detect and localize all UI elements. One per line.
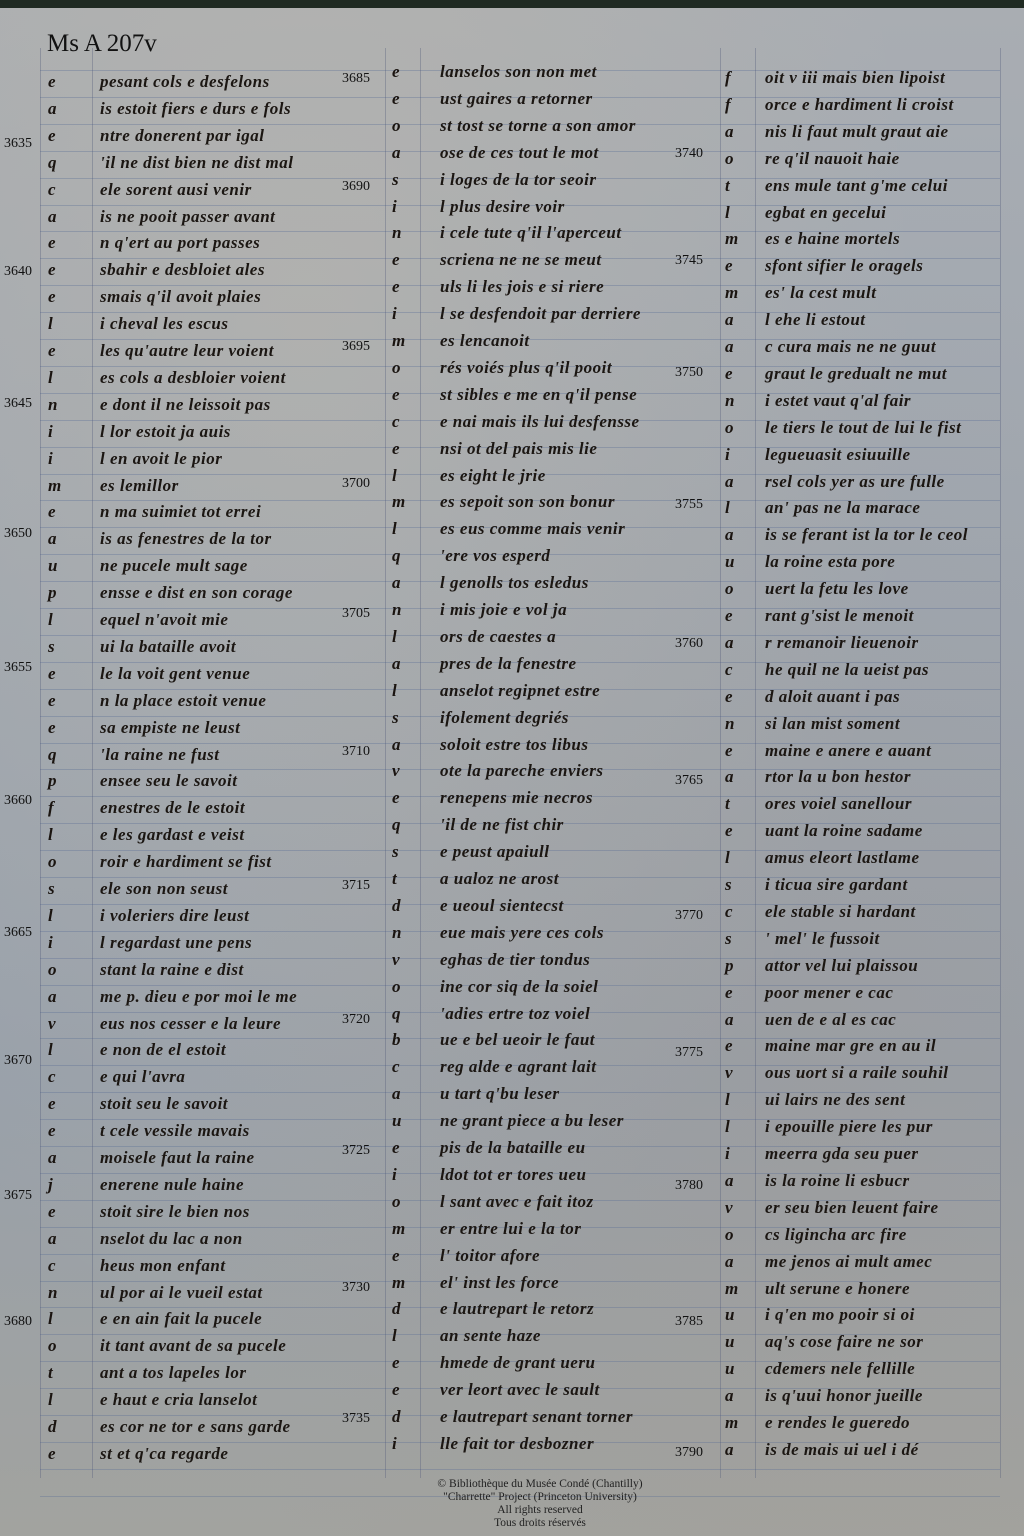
verse-line: soloit estre tos libus <box>440 735 588 755</box>
line-number: 3730 <box>342 1280 370 1296</box>
verse-initial: e <box>48 1094 56 1114</box>
verse-line: l lor estoit ja auis <box>100 422 231 442</box>
verse-initial: l <box>392 1326 397 1346</box>
verse-initial: o <box>392 1192 401 1212</box>
verse-line: is as fenestres de la tor <box>100 529 272 549</box>
verse-line: si lan mist soment <box>765 714 900 734</box>
ruling-line <box>40 1469 1000 1470</box>
verse-initial: p <box>48 583 57 603</box>
verse-line: es eight le jrie <box>440 466 546 486</box>
verse-line: e nai mais ils lui desfensse <box>440 412 640 432</box>
verse-line: e non de el estoit <box>100 1040 226 1060</box>
verse-initial: a <box>48 529 57 549</box>
verse-initial: c <box>725 660 733 680</box>
verse-initial: e <box>725 364 733 384</box>
verse-initial: l <box>392 466 397 486</box>
verse-initial: l <box>725 203 730 223</box>
line-number: 3700 <box>342 476 370 492</box>
line-number: 3665 <box>4 925 32 941</box>
verse-line: ant a tos lapeles lor <box>100 1363 247 1383</box>
verse-initial: m <box>392 492 405 512</box>
line-number: 3660 <box>4 793 32 809</box>
verse-line: uls li les jois e si riere <box>440 277 604 297</box>
verse-initial: a <box>725 1386 734 1406</box>
verse-line: e les gardast e veist <box>100 825 245 845</box>
verse-line: i loges de la tor seoir <box>440 170 596 190</box>
verse-line: uert la fetu les love <box>765 579 909 599</box>
verse-line: heus mon enfant <box>100 1256 226 1276</box>
verse-line: ine cor siq de la soiel <box>440 977 598 997</box>
verse-initial: a <box>725 633 734 653</box>
verse-line: i estet vaut q'al fair <box>765 391 911 411</box>
verse-initial: e <box>392 1138 400 1158</box>
verse-initial: a <box>725 122 734 142</box>
verse-initial: f <box>725 68 731 88</box>
verse-line: nsi ot del pais mis lie <box>440 439 597 459</box>
verse-initial: n <box>48 395 57 415</box>
verse-line: es sepoit son son bonur <box>440 492 615 512</box>
verse-initial: b <box>392 1030 401 1050</box>
verse-line: 'il ne dist bien ne dist mal <box>100 153 293 173</box>
verse-line: roir e hardiment se fist <box>100 852 272 872</box>
verse-line: ores voiel sanellour <box>765 794 912 814</box>
verse-initial: l <box>725 1090 730 1110</box>
verse-line: e haut e cria lanselot <box>100 1390 257 1410</box>
verse-line: lanselos son non met <box>440 62 597 82</box>
verse-line: e dont il ne leissoit pas <box>100 395 271 415</box>
verse-line: maine e anere e auant <box>765 741 931 761</box>
copyright-line: "Charrette" Project (Princeton Universit… <box>380 1491 700 1504</box>
verse-initial: e <box>48 233 56 253</box>
verse-line: moisele faut la raine <box>100 1148 255 1168</box>
verse-line: l' toitor afore <box>440 1246 540 1266</box>
verse-line: r remanoir lieuenoir <box>765 633 919 653</box>
folio-title: Ms A 207v <box>47 30 157 58</box>
verse-initial: e <box>48 1121 56 1141</box>
verse-initial: c <box>392 412 400 432</box>
verse-initial: m <box>392 1219 405 1239</box>
verse-line: renepens mie necros <box>440 788 593 808</box>
verse-line: t cele vessile mavais <box>100 1121 250 1141</box>
verse-initial: s <box>725 875 732 895</box>
verse-initial: e <box>725 983 733 1003</box>
verse-line: is se ferant ist la tor le ceol <box>765 525 968 545</box>
verse-line: n q'ert au port passes <box>100 233 260 253</box>
line-number: 3650 <box>4 526 32 542</box>
verse-line: es lemillor <box>100 476 179 496</box>
verse-line: st tost se torne a son amor <box>440 116 636 136</box>
verse-line: an sente haze <box>440 1326 541 1346</box>
verse-initial: e <box>392 385 400 405</box>
verse-initial: e <box>725 256 733 276</box>
verse-line: c cura mais ne ne guut <box>765 337 936 357</box>
verse-line: sbahir e desbloiet ales <box>100 260 265 280</box>
line-number: 3680 <box>4 1314 32 1330</box>
verse-initial: o <box>725 418 734 438</box>
verse-initial: s <box>392 708 399 728</box>
verse-initial: u <box>392 1111 401 1131</box>
verse-line: is ne pooit passer avant <box>100 207 275 227</box>
verse-line: l regardast une pens <box>100 933 252 953</box>
verse-line: i voleriers dire leust <box>100 906 249 926</box>
verse-line: me jenos ai mult amec <box>765 1252 932 1272</box>
verse-initial: n <box>392 600 401 620</box>
verse-initial: l <box>48 368 53 388</box>
verse-initial: v <box>725 1063 733 1083</box>
verse-line: an' pas ne la marace <box>765 498 920 518</box>
verse-initial: m <box>392 331 405 351</box>
verse-line: es e haine mortels <box>765 229 900 249</box>
verse-line: it tant avant de sa pucele <box>100 1336 286 1356</box>
verse-initial: m <box>725 1413 738 1433</box>
verse-line: is estoit fiers e durs e fols <box>100 99 291 119</box>
verse-line: cdemers nele fellille <box>765 1359 915 1379</box>
verse-initial: a <box>48 1148 57 1168</box>
verse-line: st sibles e me en q'il pense <box>440 385 637 405</box>
line-number: 3735 <box>342 1411 370 1427</box>
verse-line: ifolement degriés <box>440 708 569 728</box>
verse-line: orce e hardiment li croist <box>765 95 954 115</box>
verse-line: er entre lui e la tor <box>440 1219 581 1239</box>
verse-line: 'ere vos esperd <box>440 546 550 566</box>
verse-initial: e <box>392 62 400 82</box>
verse-line: ne pucele mult sage <box>100 556 248 576</box>
verse-line: uen de e al es cac <box>765 1010 896 1030</box>
verse-line: pres de la fenestre <box>440 654 577 674</box>
verse-initial: q <box>48 745 57 765</box>
verse-initial: i <box>48 422 53 442</box>
verse-line: ote la pareche enviers <box>440 761 604 781</box>
verse-line: a ualoz ne arost <box>440 869 559 889</box>
verse-line: re q'il nauoit haie <box>765 149 900 169</box>
verse-initial: s <box>48 879 55 899</box>
verse-initial: e <box>392 250 400 270</box>
verse-initial: l <box>48 825 53 845</box>
verse-initial: o <box>392 116 401 136</box>
verse-initial: e <box>48 691 56 711</box>
verse-initial: m <box>725 1279 738 1299</box>
verse-line: smais q'il avoit plaies <box>100 287 261 307</box>
verse-line: l en avoit le pior <box>100 449 222 469</box>
verse-initial: o <box>392 358 401 378</box>
verse-line: es cor ne tor e sans garde <box>100 1417 291 1437</box>
verse-line: rsel cols yer as ure fulle <box>765 472 945 492</box>
verse-initial: m <box>725 229 738 249</box>
verse-line: sa empiste ne leust <box>100 718 240 738</box>
verse-initial: d <box>48 1417 57 1437</box>
verse-line: l sant avec e fait itoz <box>440 1192 594 1212</box>
verse-initial: c <box>48 180 56 200</box>
verse-line: es lencanoit <box>440 331 530 351</box>
line-number: 3750 <box>675 365 703 381</box>
verse-initial: l <box>392 681 397 701</box>
verse-line: ' mel' le fussoit <box>765 929 880 949</box>
verse-initial: a <box>48 1229 57 1249</box>
verse-line: scriena ne ne se meut <box>440 250 602 270</box>
verse-initial: c <box>392 1057 400 1077</box>
verse-initial: o <box>48 852 57 872</box>
verse-initial: d <box>392 1299 401 1319</box>
verse-initial: e <box>48 287 56 307</box>
verse-line: ne grant piece a bu leser <box>440 1111 624 1131</box>
verse-line: attor vel lui plaissou <box>765 956 918 976</box>
verse-initial: o <box>725 149 734 169</box>
verse-initial: i <box>392 1434 397 1454</box>
line-number: 3720 <box>342 1012 370 1028</box>
verse-line: ous uort si a raile souhil <box>765 1063 949 1083</box>
verse-initial: a <box>392 735 401 755</box>
verse-initial: e <box>48 1444 56 1464</box>
verse-line: cs ligincha arc fire <box>765 1225 907 1245</box>
verse-initial: a <box>725 767 734 787</box>
verse-line: uant la roine sadame <box>765 821 923 841</box>
verse-line: n la place estoit venue <box>100 691 266 711</box>
verse-initial: a <box>725 1171 734 1191</box>
verse-initial: e <box>725 606 733 626</box>
verse-line: amus eleort lastlame <box>765 848 920 868</box>
verse-line: i q'en mo pooir si oi <box>765 1305 915 1325</box>
column-rule <box>755 48 756 1478</box>
verse-initial: v <box>48 1014 56 1034</box>
line-number: 3705 <box>342 606 370 622</box>
verse-initial: p <box>48 771 57 791</box>
verse-line: n ma suimiet tot errei <box>100 502 261 522</box>
line-number: 3755 <box>675 497 703 513</box>
verse-initial: e <box>725 821 733 841</box>
verse-line: e ueoul sientecst <box>440 896 564 916</box>
verse-initial: u <box>725 1332 734 1352</box>
verse-line: ens mule tant g'me celui <box>765 176 948 196</box>
verse-initial: d <box>392 896 401 916</box>
verse-line: enestres de le estoit <box>100 798 245 818</box>
verse-initial: e <box>392 89 400 109</box>
verse-initial: e <box>48 718 56 738</box>
column-rule <box>92 48 93 1478</box>
verse-line: e lautrepart senant torner <box>440 1407 633 1427</box>
verse-initial: e <box>392 277 400 297</box>
verse-initial: a <box>725 525 734 545</box>
verse-initial: a <box>725 1440 734 1460</box>
verse-line: i ticua sire gardant <box>765 875 908 895</box>
verse-line: d aloit auant i pas <box>765 687 900 707</box>
verse-line: i mis joie e vol ja <box>440 600 567 620</box>
verse-line: sfont sifier le oragels <box>765 256 923 276</box>
verse-line: i epouille piere les pur <box>765 1117 933 1137</box>
verse-initial: e <box>392 439 400 459</box>
verse-initial: l <box>48 1390 53 1410</box>
verse-line: le tiers le tout de lui le fist <box>765 418 961 438</box>
verse-initial: i <box>392 197 397 217</box>
verse-initial: q <box>392 815 401 835</box>
verse-line: ust gaires a retorner <box>440 89 593 109</box>
line-number: 3765 <box>675 773 703 789</box>
verse-initial: i <box>725 1144 730 1164</box>
verse-initial: s <box>725 929 732 949</box>
verse-initial: t <box>48 1363 53 1383</box>
line-number: 3635 <box>4 136 32 152</box>
verse-line: i cele tute q'il l'aperceut <box>440 223 622 243</box>
verse-line: e en ain fait la pucele <box>100 1309 262 1329</box>
verse-initial: e <box>725 1036 733 1056</box>
verse-line: st et q'ca regarde <box>100 1444 228 1464</box>
verse-line: is la roine li esbucr <box>765 1171 910 1191</box>
verse-initial: u <box>725 552 734 572</box>
verse-initial: a <box>725 310 734 330</box>
line-number: 3710 <box>342 744 370 760</box>
verse-line: stoit sire le bien nos <box>100 1202 250 1222</box>
verse-initial: n <box>48 1283 57 1303</box>
verse-initial: n <box>392 923 401 943</box>
verse-initial: d <box>392 1407 401 1427</box>
verse-line: ue e bel ueoir le faut <box>440 1030 595 1050</box>
verse-line: le la voit gent venue <box>100 664 250 684</box>
line-number: 3745 <box>675 253 703 269</box>
line-number: 3640 <box>4 264 32 280</box>
line-number: 3685 <box>342 71 370 87</box>
verse-initial: c <box>48 1067 56 1087</box>
verse-line: 'la raine ne fust <box>100 745 220 765</box>
verse-line: eghas de tier tondus <box>440 950 590 970</box>
verse-line: ui la bataille avoit <box>100 637 236 657</box>
verse-line: ul por ai le vueil estat <box>100 1283 263 1303</box>
verse-initial: t <box>725 176 730 196</box>
verse-initial: a <box>725 472 734 492</box>
verse-initial: c <box>725 902 733 922</box>
verse-line: ui lairs ne des sent <box>765 1090 905 1110</box>
verse-line: rant g'sist le menoit <box>765 606 914 626</box>
verse-initial: v <box>392 761 400 781</box>
verse-initial: c <box>48 1256 56 1276</box>
verse-initial: f <box>725 95 731 115</box>
verse-line: oit v iii mais bien lipoist <box>765 68 945 88</box>
verse-line: pesant cols e desfelons <box>100 72 270 92</box>
verse-line: he quil ne la ueist pas <box>765 660 929 680</box>
verse-line: es cols a desbloier voient <box>100 368 286 388</box>
verse-initial: i <box>392 304 397 324</box>
verse-initial: f <box>48 798 54 818</box>
verse-initial: i <box>48 933 53 953</box>
verse-line: ors de caestes a <box>440 627 556 647</box>
verse-line: ver leort avec le sault <box>440 1380 600 1400</box>
verse-initial: s <box>392 842 399 862</box>
copyright-line: © Bibliothèque du Musée Condé (Chantilly… <box>380 1478 700 1491</box>
line-number: 3725 <box>342 1143 370 1159</box>
verse-initial: l <box>392 519 397 539</box>
verse-line: ose de ces tout le mot <box>440 143 599 163</box>
verse-initial: o <box>48 960 57 980</box>
verse-initial: s <box>48 637 55 657</box>
verse-initial: o <box>392 977 401 997</box>
verse-line: ele son non seust <box>100 879 228 899</box>
verse-line: enerene nule haine <box>100 1175 244 1195</box>
verse-initial: n <box>392 223 401 243</box>
verse-line: ldot tot er tores ueu <box>440 1165 587 1185</box>
line-number: 3670 <box>4 1053 32 1069</box>
verse-line: ele stable si hardant <box>765 902 916 922</box>
manuscript-page: Ms A 207v epesant cols e desfelonsais es… <box>0 8 1024 1536</box>
verse-line: lle fait tor desbozner <box>440 1434 594 1454</box>
line-number: 3690 <box>342 179 370 195</box>
line-number: 3675 <box>4 1188 32 1204</box>
verse-initial: e <box>48 664 56 684</box>
verse-initial: a <box>48 207 57 227</box>
line-number: 3645 <box>4 396 32 412</box>
verse-initial: e <box>48 502 56 522</box>
column-rule <box>720 48 721 1478</box>
verse-initial: e <box>48 341 56 361</box>
verse-initial: e <box>725 687 733 707</box>
line-number: 3655 <box>4 660 32 676</box>
verse-initial: e <box>48 260 56 280</box>
verse-line: reg alde e agrant lait <box>440 1057 596 1077</box>
column-rule <box>40 48 41 1478</box>
verse-line: es eus comme mais venir <box>440 519 625 539</box>
verse-initial: m <box>48 476 61 496</box>
verse-initial: l <box>392 627 397 647</box>
verse-line: eus nos cesser e la leure <box>100 1014 281 1034</box>
verse-line: anselot regipnet estre <box>440 681 600 701</box>
verse-initial: a <box>392 654 401 674</box>
verse-initial: a <box>392 143 401 163</box>
column-rule <box>1000 48 1001 1478</box>
line-number: 3740 <box>675 146 703 162</box>
verse-line: nis li faut mult graut aie <box>765 122 949 142</box>
verse-initial: q <box>48 153 57 173</box>
verse-initial: e <box>392 1380 400 1400</box>
verse-line: eue mais yere ces cols <box>440 923 604 943</box>
verse-line: l se desfendoit par derriere <box>440 304 641 324</box>
verse-line: l ehe li estout <box>765 310 866 330</box>
line-number: 3775 <box>675 1045 703 1061</box>
verse-line: l genolls tos esledus <box>440 573 589 593</box>
verse-initial: e <box>392 1353 400 1373</box>
verse-initial: l <box>48 906 53 926</box>
verse-initial: t <box>725 794 730 814</box>
verse-line: meerra gda seu puer <box>765 1144 919 1164</box>
verse-line: is q'uui honor jueille <box>765 1386 923 1406</box>
verse-initial: l <box>725 848 730 868</box>
verse-initial: e <box>48 1202 56 1222</box>
verse-line: maine mar gre en au il <box>765 1036 936 1056</box>
verse-line: pis de la bataille eu <box>440 1138 586 1158</box>
column-rule <box>420 48 421 1478</box>
verse-line: aq's cose faire ne sor <box>765 1332 923 1352</box>
verse-initial: j <box>48 1175 53 1195</box>
verse-initial: n <box>725 391 734 411</box>
verse-line: l plus desire voir <box>440 197 565 217</box>
verse-initial: u <box>725 1305 734 1325</box>
verse-line: i cheval les escus <box>100 314 228 334</box>
verse-line: legueuasit esiuuille <box>765 445 911 465</box>
verse-line: is de mais ui uel i dé <box>765 1440 919 1460</box>
verse-line: equel n'avoit mie <box>100 610 228 630</box>
verse-initial: l <box>725 1117 730 1137</box>
line-number: 3695 <box>342 339 370 355</box>
line-number: 3715 <box>342 878 370 894</box>
verse-initial: a <box>392 573 401 593</box>
verse-initial: v <box>392 950 400 970</box>
verse-initial: m <box>725 283 738 303</box>
verse-line: ntre donerent par igal <box>100 126 265 146</box>
verse-initial: a <box>392 1084 401 1104</box>
verse-line: 'il de ne fist chir <box>440 815 564 835</box>
verse-line: nselot du lac a non <box>100 1229 243 1249</box>
line-number: 3780 <box>675 1178 703 1194</box>
verse-initial: v <box>725 1198 733 1218</box>
verse-line: stant la raine e dist <box>100 960 244 980</box>
line-number: 3770 <box>675 908 703 924</box>
verse-initial: u <box>48 556 57 576</box>
